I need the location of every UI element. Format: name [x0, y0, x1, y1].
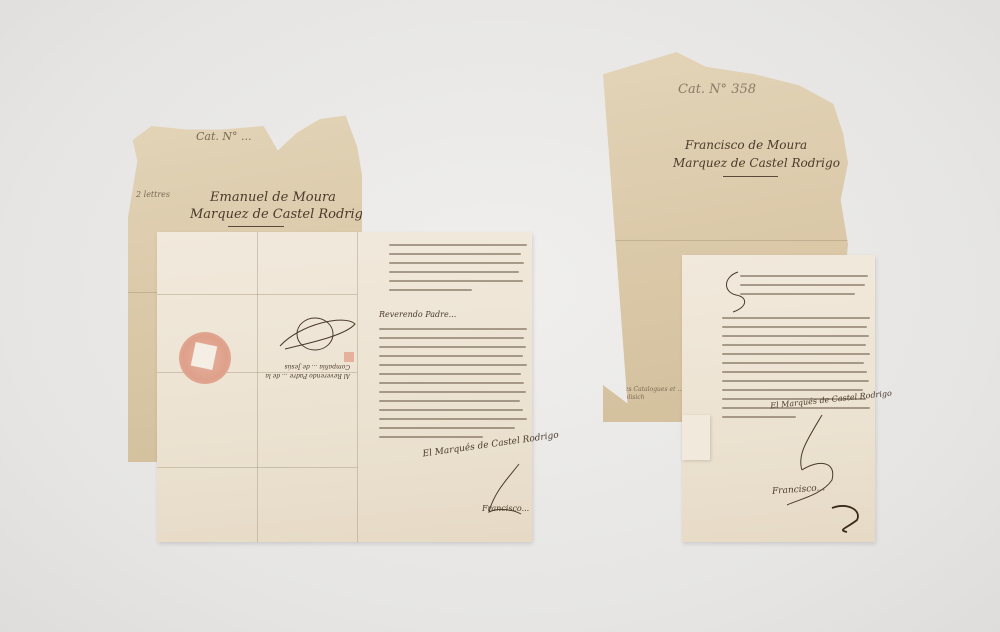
wrapper-title-line2: Marquez de Castel Rodrigo [190, 207, 371, 222]
wax-seal [179, 332, 231, 384]
left-letter: Al Reverendo Padre ... de la Compañía ..… [157, 232, 532, 542]
letter-body-lines [722, 317, 870, 425]
title-underline [228, 226, 284, 227]
fold-line [157, 467, 357, 468]
fold-line [257, 232, 258, 542]
wrapper-top-note: Cat. N° ... [196, 130, 252, 143]
wrapper-title-line1: Francisco de Moura [685, 138, 807, 152]
flourish-icon [275, 314, 360, 359]
wrapper-title-line2: Marquez de Castel Rodrigo [673, 156, 840, 170]
fold-line [603, 240, 848, 241]
fold-line [157, 294, 357, 295]
signature-flourish-icon [479, 462, 529, 522]
folded-tab [682, 415, 710, 460]
wrapper-catalog-number: Cat. N° 358 [678, 82, 756, 97]
right-letter: Don Francisco de Moura Corte Real, Marqu… [682, 255, 875, 542]
address-upside-down: Al Reverendo Padre ... de la Compañía ..… [265, 362, 350, 380]
letter-body-lines [379, 328, 527, 445]
fold-line [357, 232, 358, 542]
wrapper-title-line1: Emanuel de Moura [210, 190, 336, 205]
letter-heading-lines [740, 275, 868, 302]
initial-flourish-icon [718, 267, 758, 317]
wrapper-side-note: 2 lettres [136, 190, 170, 199]
letter-heading-lines [389, 244, 527, 298]
seal-paper-patch [191, 342, 218, 370]
title-underline [723, 176, 778, 177]
signature-flourish-icon [777, 410, 872, 535]
letter-opening: Reverendo Padre... [379, 310, 456, 319]
